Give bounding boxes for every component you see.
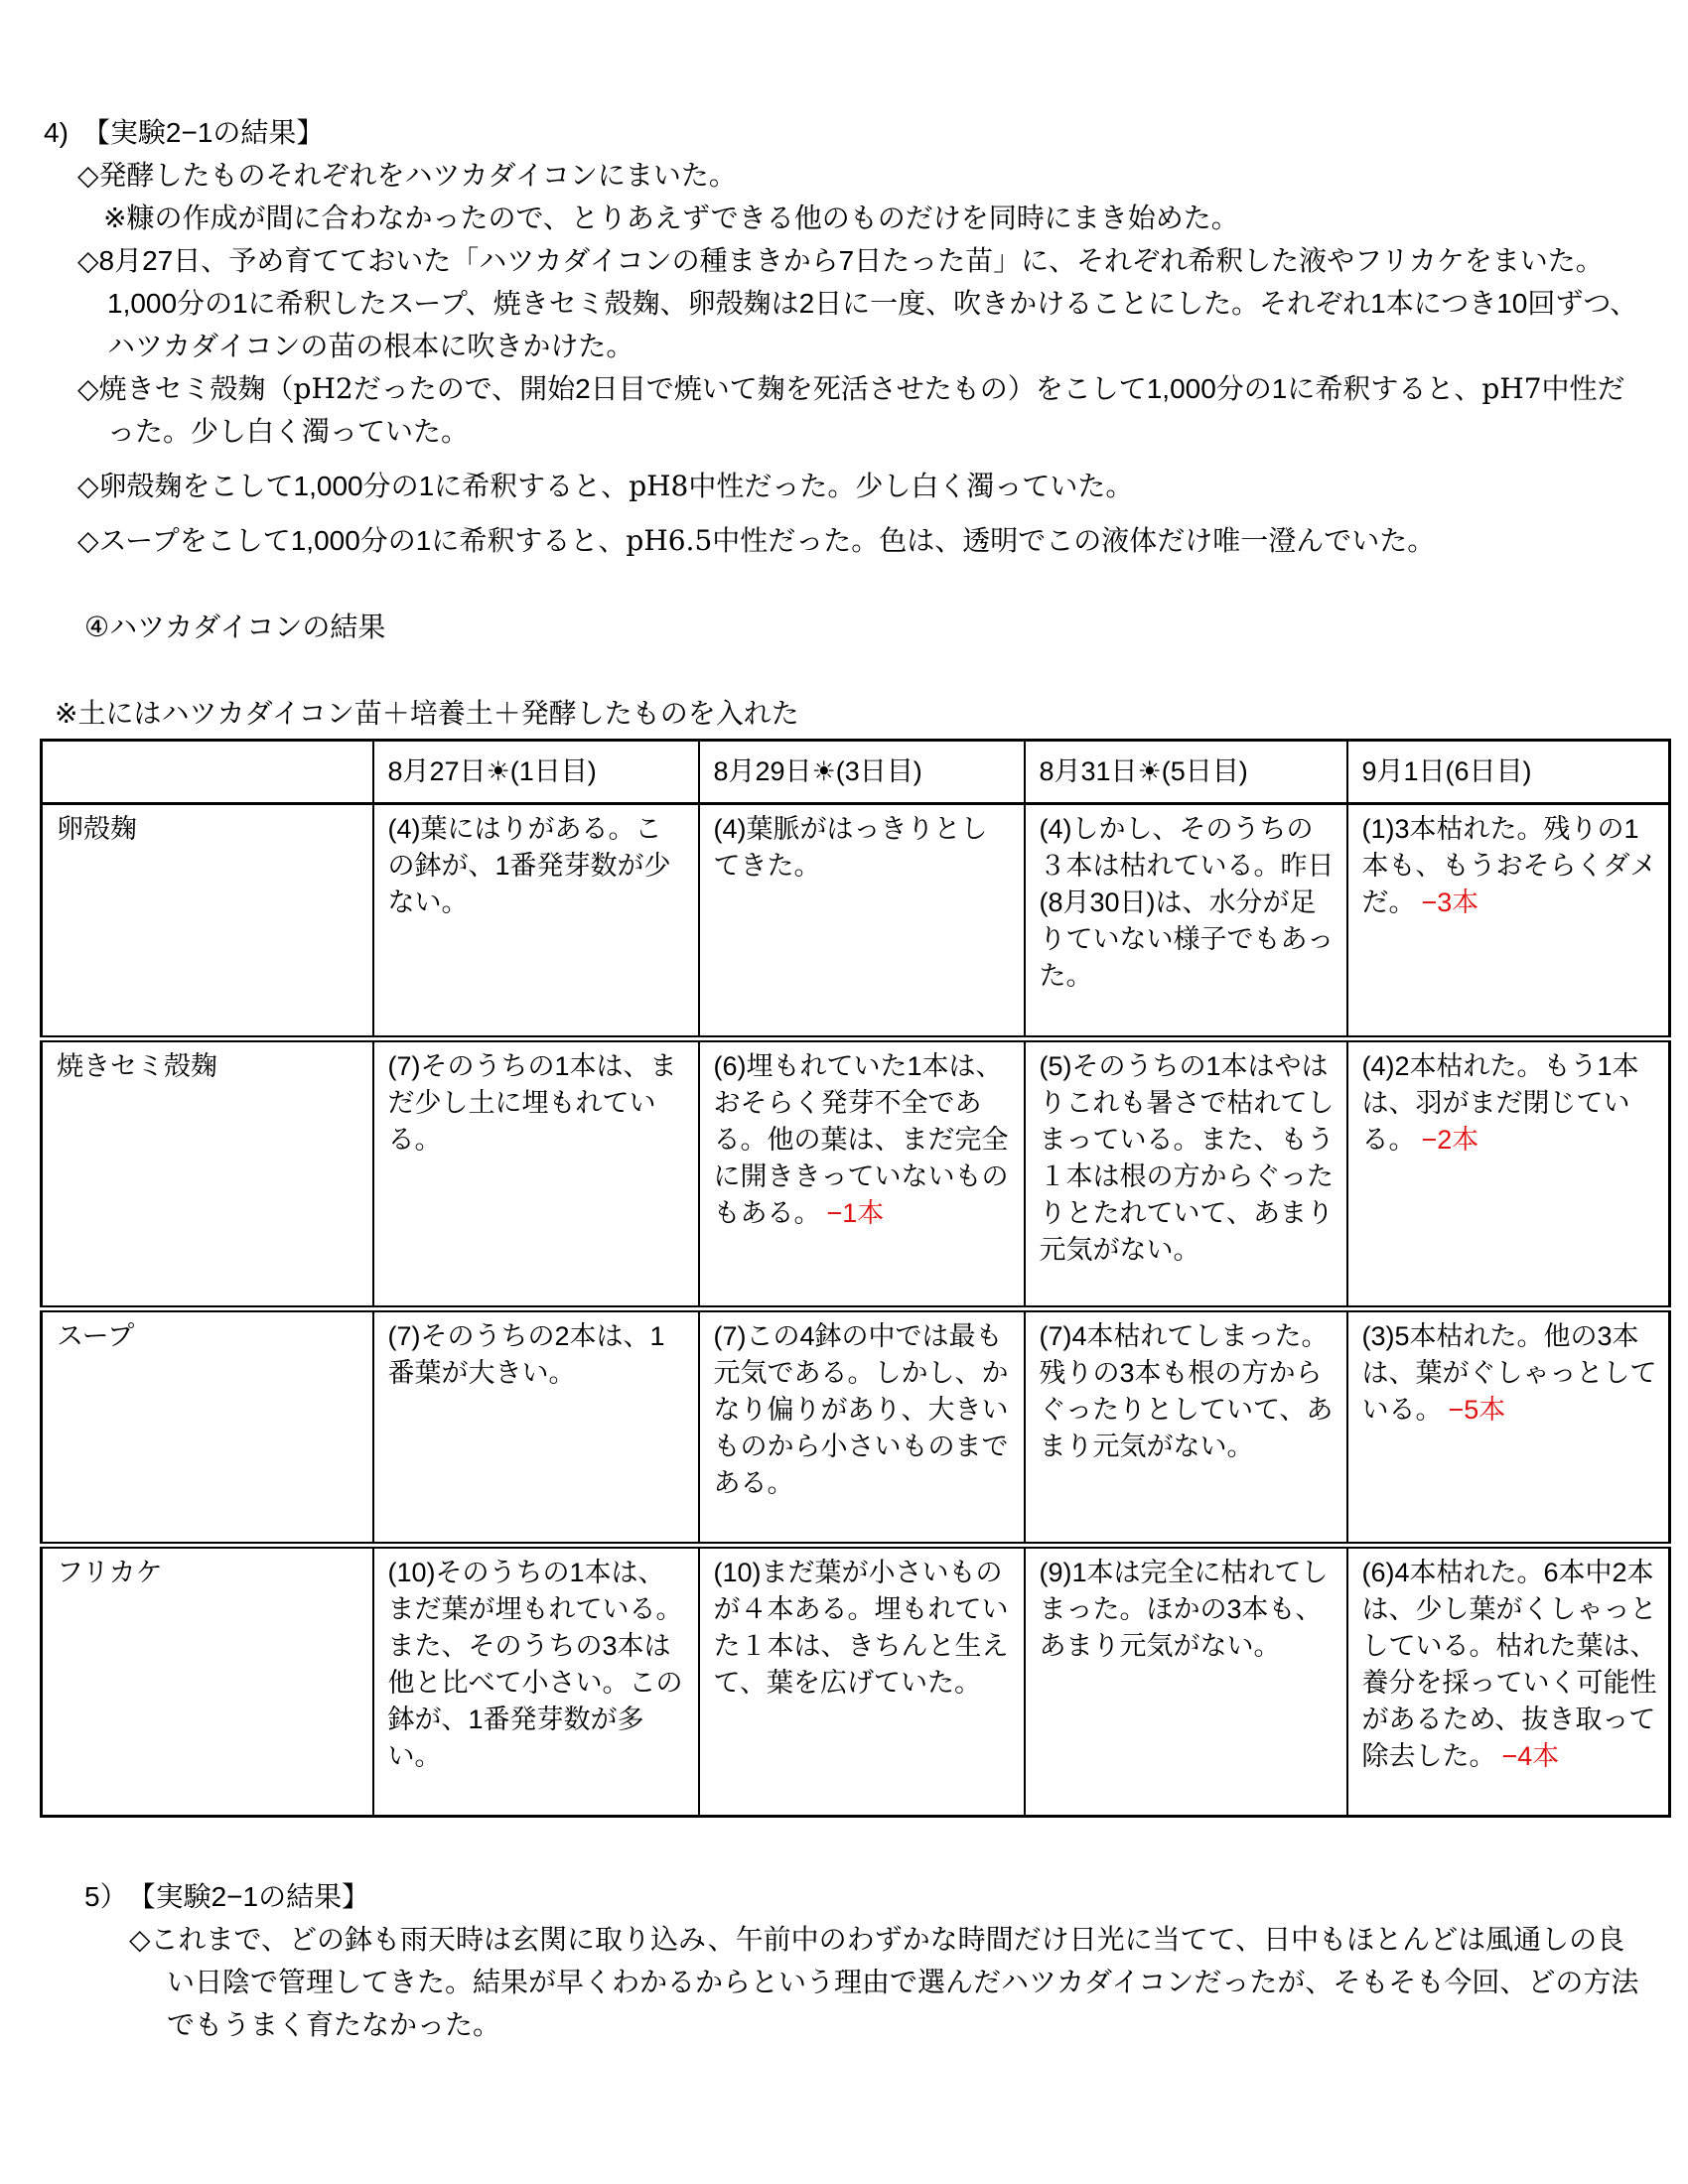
table-row-furikake: フリカケ (10)そのうちの1本は、まだ葉が埋もれている。また、そのうちの3本は… <box>42 1546 1670 1817</box>
cell-r1c4: (4)2本枯れた。もう1本は、羽がまだ閉じている。−2本 <box>1347 1039 1670 1309</box>
cell-r2c4: (3)5本枯れた。他の3本は、葉がぐしゃっとしている。−5本 <box>1347 1309 1670 1546</box>
header-day3: 8月29日☀(3日目) <box>699 741 1025 804</box>
loss-count: −4本 <box>1502 1741 1560 1771</box>
cell-r0c4: (1)3本枯れた。残りの1本も、もうおそらくダメだ。−3本 <box>1347 804 1670 1039</box>
cell-r0c3: (4)しかし、そのうちの３本は枯れている。昨日(8月30日)は、水分が足りていな… <box>1025 804 1347 1039</box>
cell-r0c2: (4)葉脈がはっきりとしてきた。 <box>699 804 1025 1039</box>
loss-count: −1本 <box>827 1198 885 1228</box>
section4-bullet-yakisemi: ◇焼きセミ殻麹（pH2だったので、開始2日目で焼いて麹を死活させたもの）をこして… <box>0 367 1648 453</box>
table-note-soil: ※土にはハツカダイコン苗＋培養土＋発酵したものを入れた <box>55 692 1648 735</box>
cell-r3c2: (10)まだ葉が小さいものが４本ある。埋もれていた１本は、きちんと生えて、葉を広… <box>699 1546 1025 1817</box>
cell-r3c4: (6)4本枯れた。6本中2本は、少し葉がくしゃっとしている。枯れた葉は、養分を採… <box>1347 1546 1670 1817</box>
cell-r2c2: (7)この4鉢の中では最も元気である。しかし、かなり偏りがあり、大きいものから小… <box>699 1309 1025 1546</box>
cell-r1c3: (5)そのうちの1本はやはりこれも暑さで枯れてしまっている。また、もう１本は根の… <box>1025 1039 1347 1309</box>
row-label-soup: スープ <box>42 1309 373 1546</box>
cell-r2c3: (7)4本枯れてしまった。残りの3本も根の方からぐったりとしていて、あまり元気が… <box>1025 1309 1347 1546</box>
cell-r3c3: (9)1本は完全に枯れてしまった。ほかの3本も、あまり元気がない。 <box>1025 1546 1347 1817</box>
table-header-row: 8月27日☀(1日目) 8月29日☀(3日目) 8月31日☀(5日目) 9月1日… <box>42 741 1670 804</box>
section5-heading: 5） 【実験2−1の結果】 <box>84 1875 1648 1918</box>
table-row-soup: スープ (7)そのうちの2本は、1番葉が大きい。 (7)この4鉢の中では最も元気… <box>42 1309 1670 1546</box>
section4-bullet-soup: ◇スープをこして1,000分の1に希釈すると、pH6.5中性だった。色は、透明で… <box>0 519 1648 562</box>
cell-r1c2: (6)埋もれていた1本は、おそらく発芽不全である。他の葉は、まだ完全に開ききって… <box>699 1039 1025 1309</box>
row-label-rankaku: 卵殻麹 <box>42 804 373 1039</box>
cell-r1c1: (7)そのうちの1本は、まだ少し土に埋もれている。 <box>373 1039 699 1309</box>
header-day5: 8月31日☀(5日目) <box>1025 741 1347 804</box>
loss-count: −3本 <box>1422 887 1479 917</box>
loss-count: −5本 <box>1449 1395 1506 1425</box>
cell-r2c1: (7)そのうちの2本は、1番葉が大きい。 <box>373 1309 699 1546</box>
table-row-yakisemi: 焼きセミ殻麹 (7)そのうちの1本は、まだ少し土に埋もれている。 (6)埋もれて… <box>42 1039 1670 1309</box>
header-empty <box>42 741 373 804</box>
document-page: 4) 【実験2−1の結果】 ◇発酵したものそれぞれをハツカダイコンにまいた。 ※… <box>0 0 1688 2184</box>
header-day6: 9月1日(6日目) <box>1347 741 1670 804</box>
section5-bullet-summary: ◇これまで、どの鉢も雨天時は玄関に取り込み、午前中のわずかな時間だけ日光に当てて… <box>0 1918 1648 2046</box>
section4-subheading-results: ④ハツカダイコンの結果 <box>84 606 1648 648</box>
section4-bullet-sowing: ◇発酵したものそれぞれをハツカダイコンにまいた。 <box>0 154 1648 197</box>
section4-bullet-rankaku: ◇卵殻麹をこして1,000分の1に希釈すると、pH8中性だった。少し白く濁ってい… <box>0 465 1648 507</box>
cell-r0c1: (4)葉にはりがある。この鉢が、1番発芽数が少ない。 <box>373 804 699 1039</box>
section4-note-nuka: ※糠の作成が間に合わなかったので、とりあえずできる他のものだけを同時にまき始めた… <box>103 197 1648 239</box>
table-row-rankaku: 卵殻麹 (4)葉にはりがある。この鉢が、1番発芽数が少ない。 (4)葉脈がはっき… <box>42 804 1670 1039</box>
result-table: 8月27日☀(1日目) 8月29日☀(3日目) 8月31日☀(5日目) 9月1日… <box>40 739 1671 1818</box>
section4-bullet-aug27: ◇8月27日、予め育てておいた「ハツカダイコンの種まきから7日たった苗」に、それ… <box>0 239 1648 367</box>
header-day1: 8月27日☀(1日目) <box>373 741 699 804</box>
row-label-yakisemi: 焼きセミ殻麹 <box>42 1039 373 1309</box>
loss-count: −2本 <box>1422 1125 1479 1155</box>
section4-heading: 4) 【実験2−1の結果】 <box>44 111 1648 154</box>
cell-r3c1: (10)そのうちの1本は、まだ葉が埋もれている。また、そのうちの3本は他と比べて… <box>373 1546 699 1817</box>
row-label-furikake: フリカケ <box>42 1546 373 1817</box>
